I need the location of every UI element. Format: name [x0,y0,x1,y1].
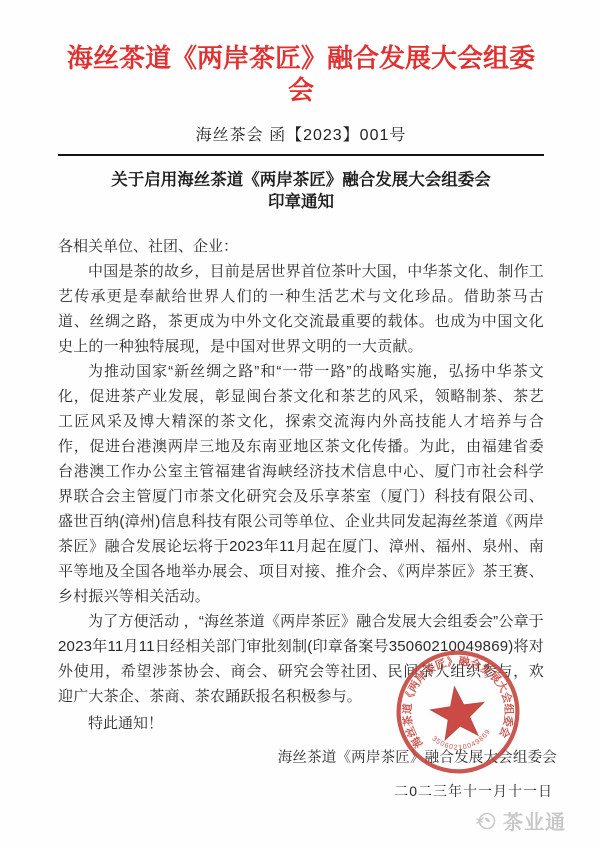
paragraph-1: 中国是茶的故乡，目前是居世界首位茶叶大国，中华茶文化、制作工艺传承更是奉献给世界… [58,259,544,359]
doc-number: 海丝茶会 函【2023】001号 [58,122,544,145]
signature-date: 二0二三年十一月十一日 [278,781,553,801]
document-page: 海丝茶道《两岸茶匠》融合发展大会组委会 海丝茶会 函【2023】001号 关于启… [0,0,600,848]
notice-title-line2: 印章通知 [268,193,334,211]
signature-org: 海丝茶道《两岸茶匠》融合发展大会组委会 [278,746,557,767]
signature-block: 海丝茶道《两岸茶匠》融合发展大会组委会 二0二三年十一月十一日 [278,746,557,801]
notice-title: 关于启用海丝茶道《两岸茶匠》融合发展大会组委会印章通知 [58,169,544,213]
paragraph-2: 为推动国家“新丝绸之路”和“一带一路”的战略实施，弘扬中华茶文化，促进茶产业发展… [58,359,544,609]
closing-line: 特此通知！ [58,711,544,736]
watermark: 茶业通 [474,806,566,835]
salutation: 各相关单位、社团、企业： [58,234,544,259]
paragraph-3: 为了方便活动 ，“海丝茶道《两岸茶匠》融合发展大会组委会”公章于2023年11月… [58,609,544,709]
watermark-label: 茶业通 [503,806,566,835]
org-title: 海丝茶道《两岸茶匠》融合发展大会组委会 [58,42,544,106]
tea-logo-icon [474,809,498,833]
notice-title-line1: 关于启用海丝茶道《两岸茶匠》融合发展大会组委会 [111,171,491,189]
header-divider [58,154,544,156]
